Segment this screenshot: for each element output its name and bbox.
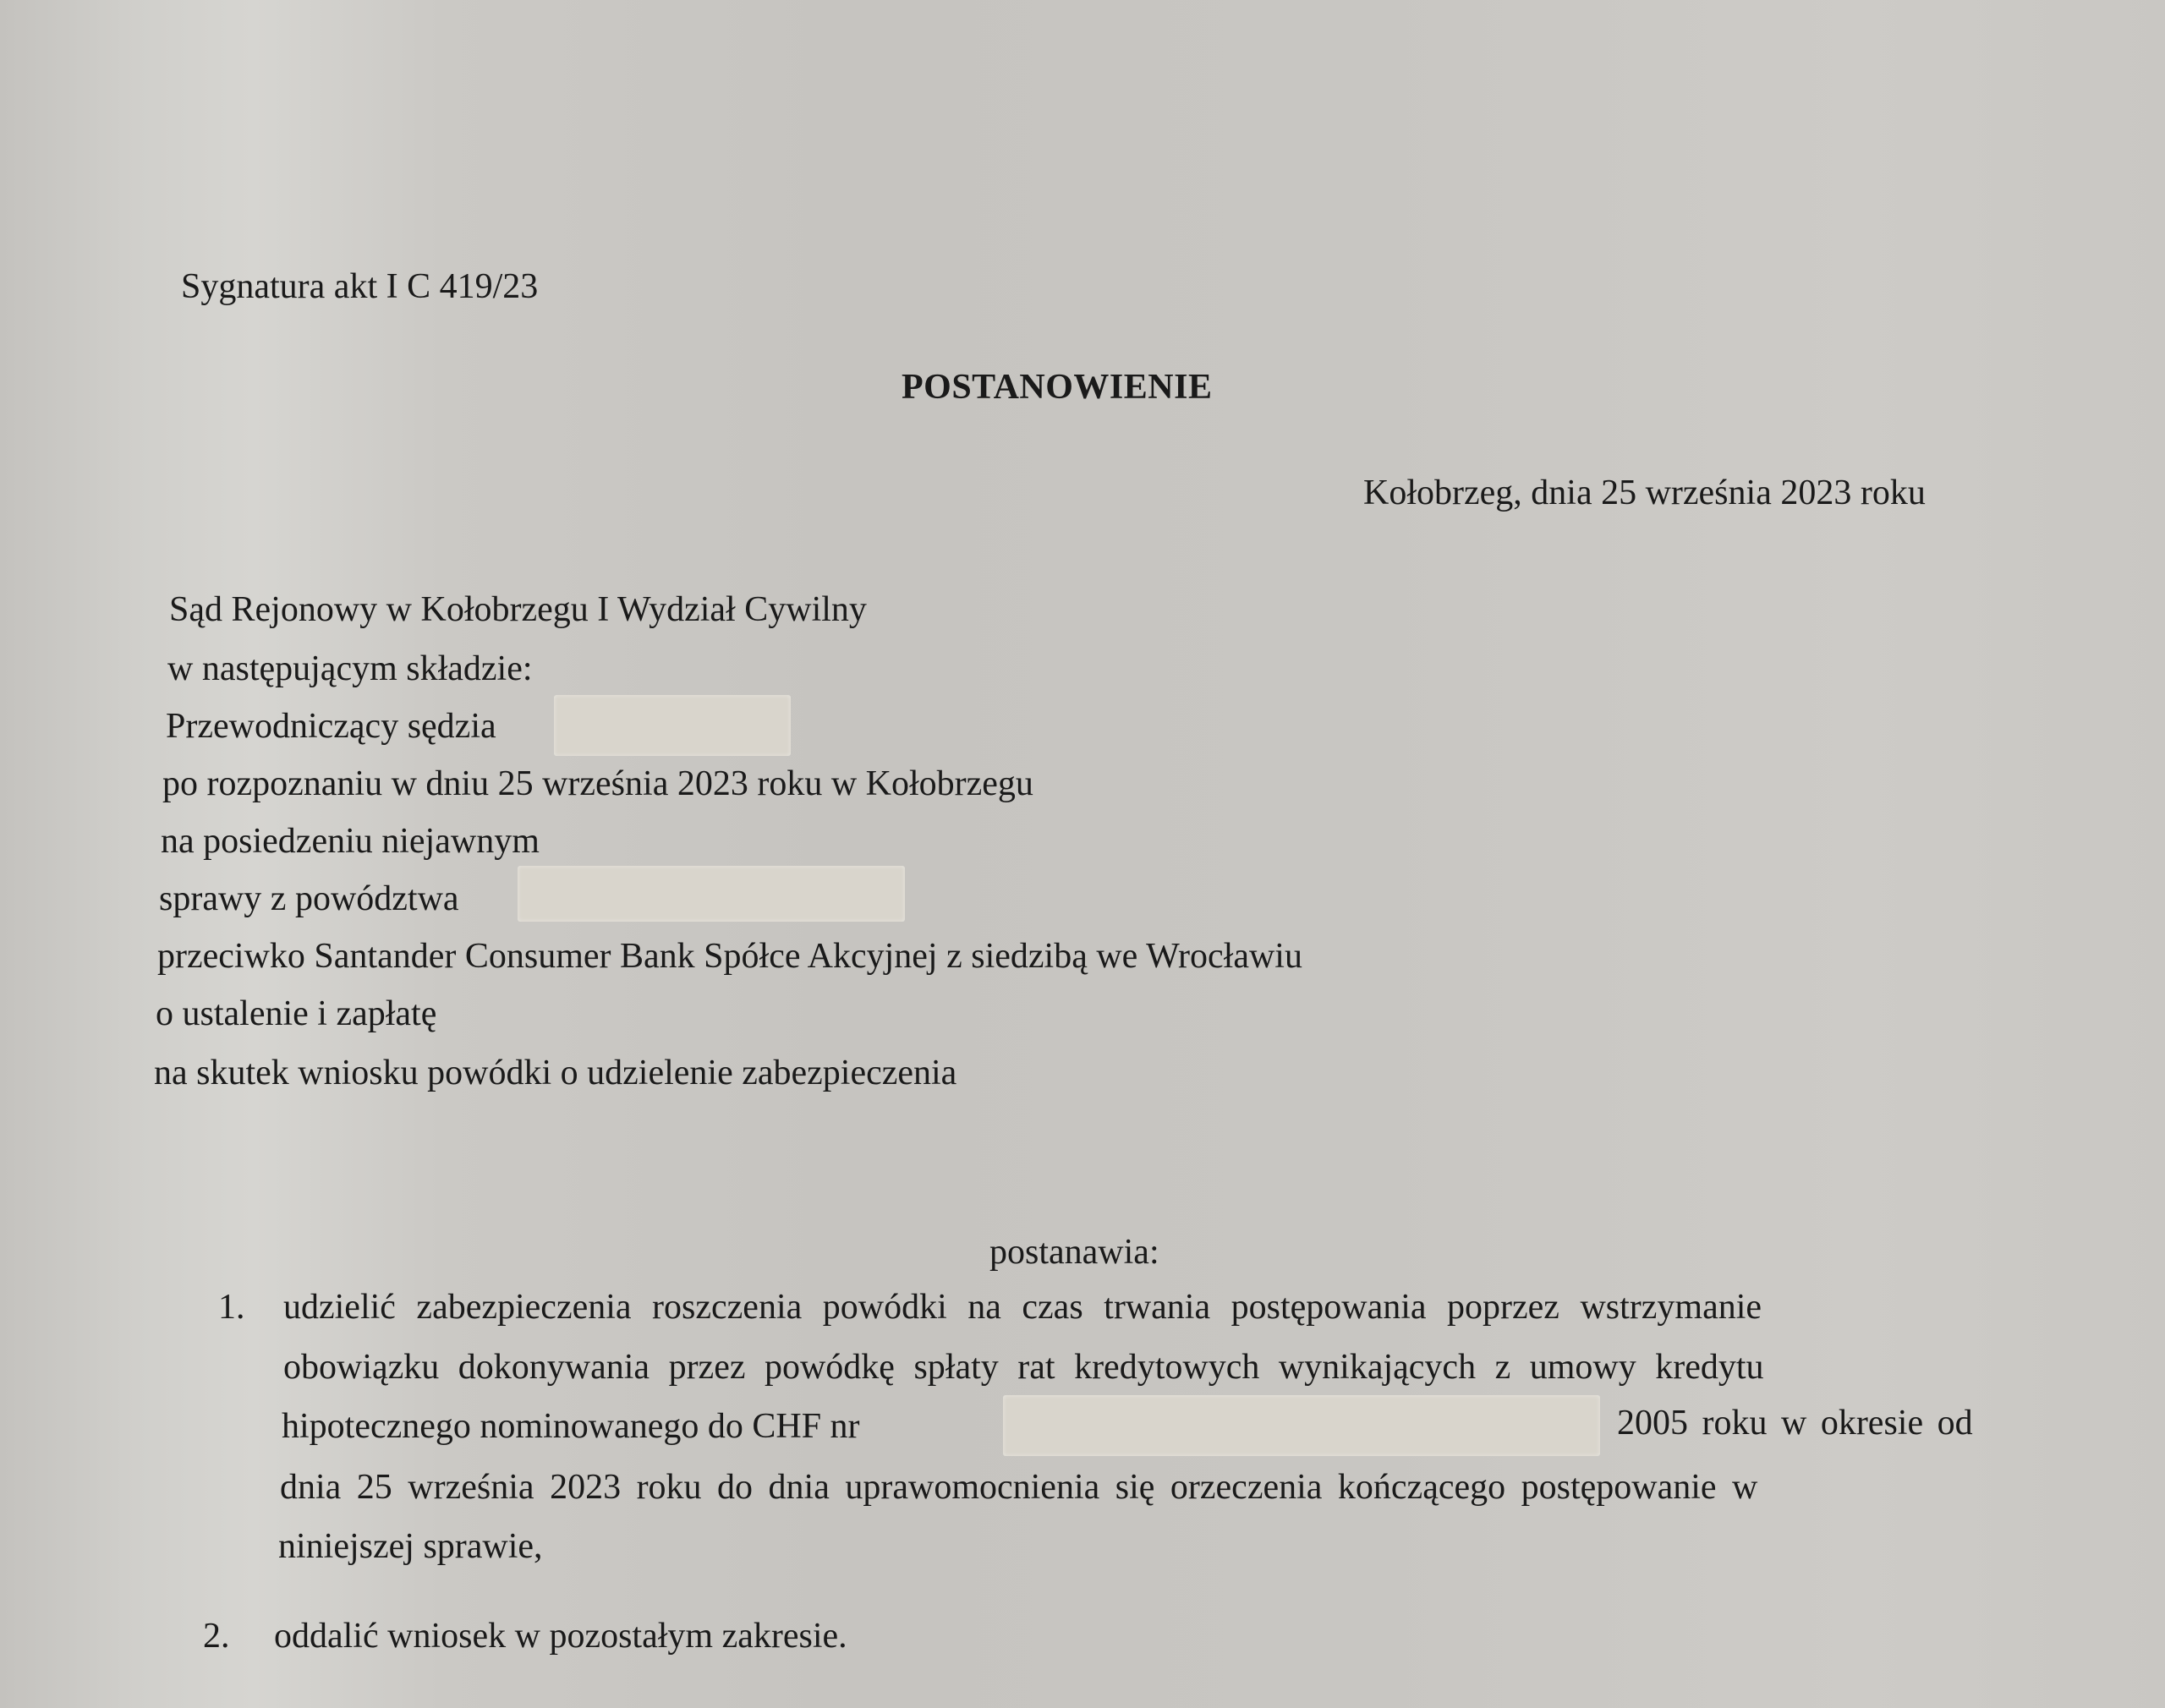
item-1-line-2: obowiązku dokonywania przez powódkę spła… — [283, 1349, 2059, 1385]
item-2-text: oddalić wniosek w pozostałym zakresie. — [274, 1618, 847, 1654]
session-type: na posiedzeniu niejawnym — [161, 824, 540, 859]
redacted-plaintiff-name — [518, 866, 905, 922]
plaintiff-label: sprawy z powództwa — [159, 881, 459, 917]
item-1-line-4: dnia 25 września 2023 roku do dnia upraw… — [280, 1470, 2056, 1505]
item-1-line-3: hipotecznego nominowanego do CHF nr — [282, 1409, 860, 1444]
defendant-line: przeciwko Santander Consumer Bank Spółce… — [157, 939, 1302, 974]
item-1-line-1: udzielić zabezpieczenia roszczenia powód… — [283, 1289, 2059, 1325]
redacted-contract-number — [1003, 1395, 1600, 1456]
item-1-number: 1. — [218, 1289, 245, 1325]
court-name: Sąd Rejonowy w Kołobrzegu I Wydział Cywi… — [169, 592, 867, 627]
hearing-date-line: po rozpoznaniu w dniu 25 września 2023 r… — [162, 766, 1033, 802]
item-2-number: 2. — [203, 1618, 230, 1654]
item-1-line-3-tail: 2005 roku w okresie od — [1617, 1405, 1973, 1441]
place-date: Kołobrzeg, dnia 25 września 2023 roku — [1363, 475, 1926, 511]
document-title: POSTANOWIENIE — [902, 370, 1212, 405]
presiding-judge-label: Przewodniczący sędzia — [166, 709, 496, 744]
decision-heading: postanawia: — [989, 1234, 1159, 1270]
item-1-line-5: niniejszej sprawie, — [278, 1529, 543, 1564]
redacted-judge-name — [554, 695, 791, 756]
motion-line: na skutek wniosku powódki o udzielenie z… — [154, 1055, 956, 1091]
composition-label: w następującym składzie: — [167, 651, 533, 687]
subject-line: o ustalenie i zapłatę — [156, 996, 436, 1032]
case-signature: Sygnatura akt I C 419/23 — [181, 269, 538, 304]
